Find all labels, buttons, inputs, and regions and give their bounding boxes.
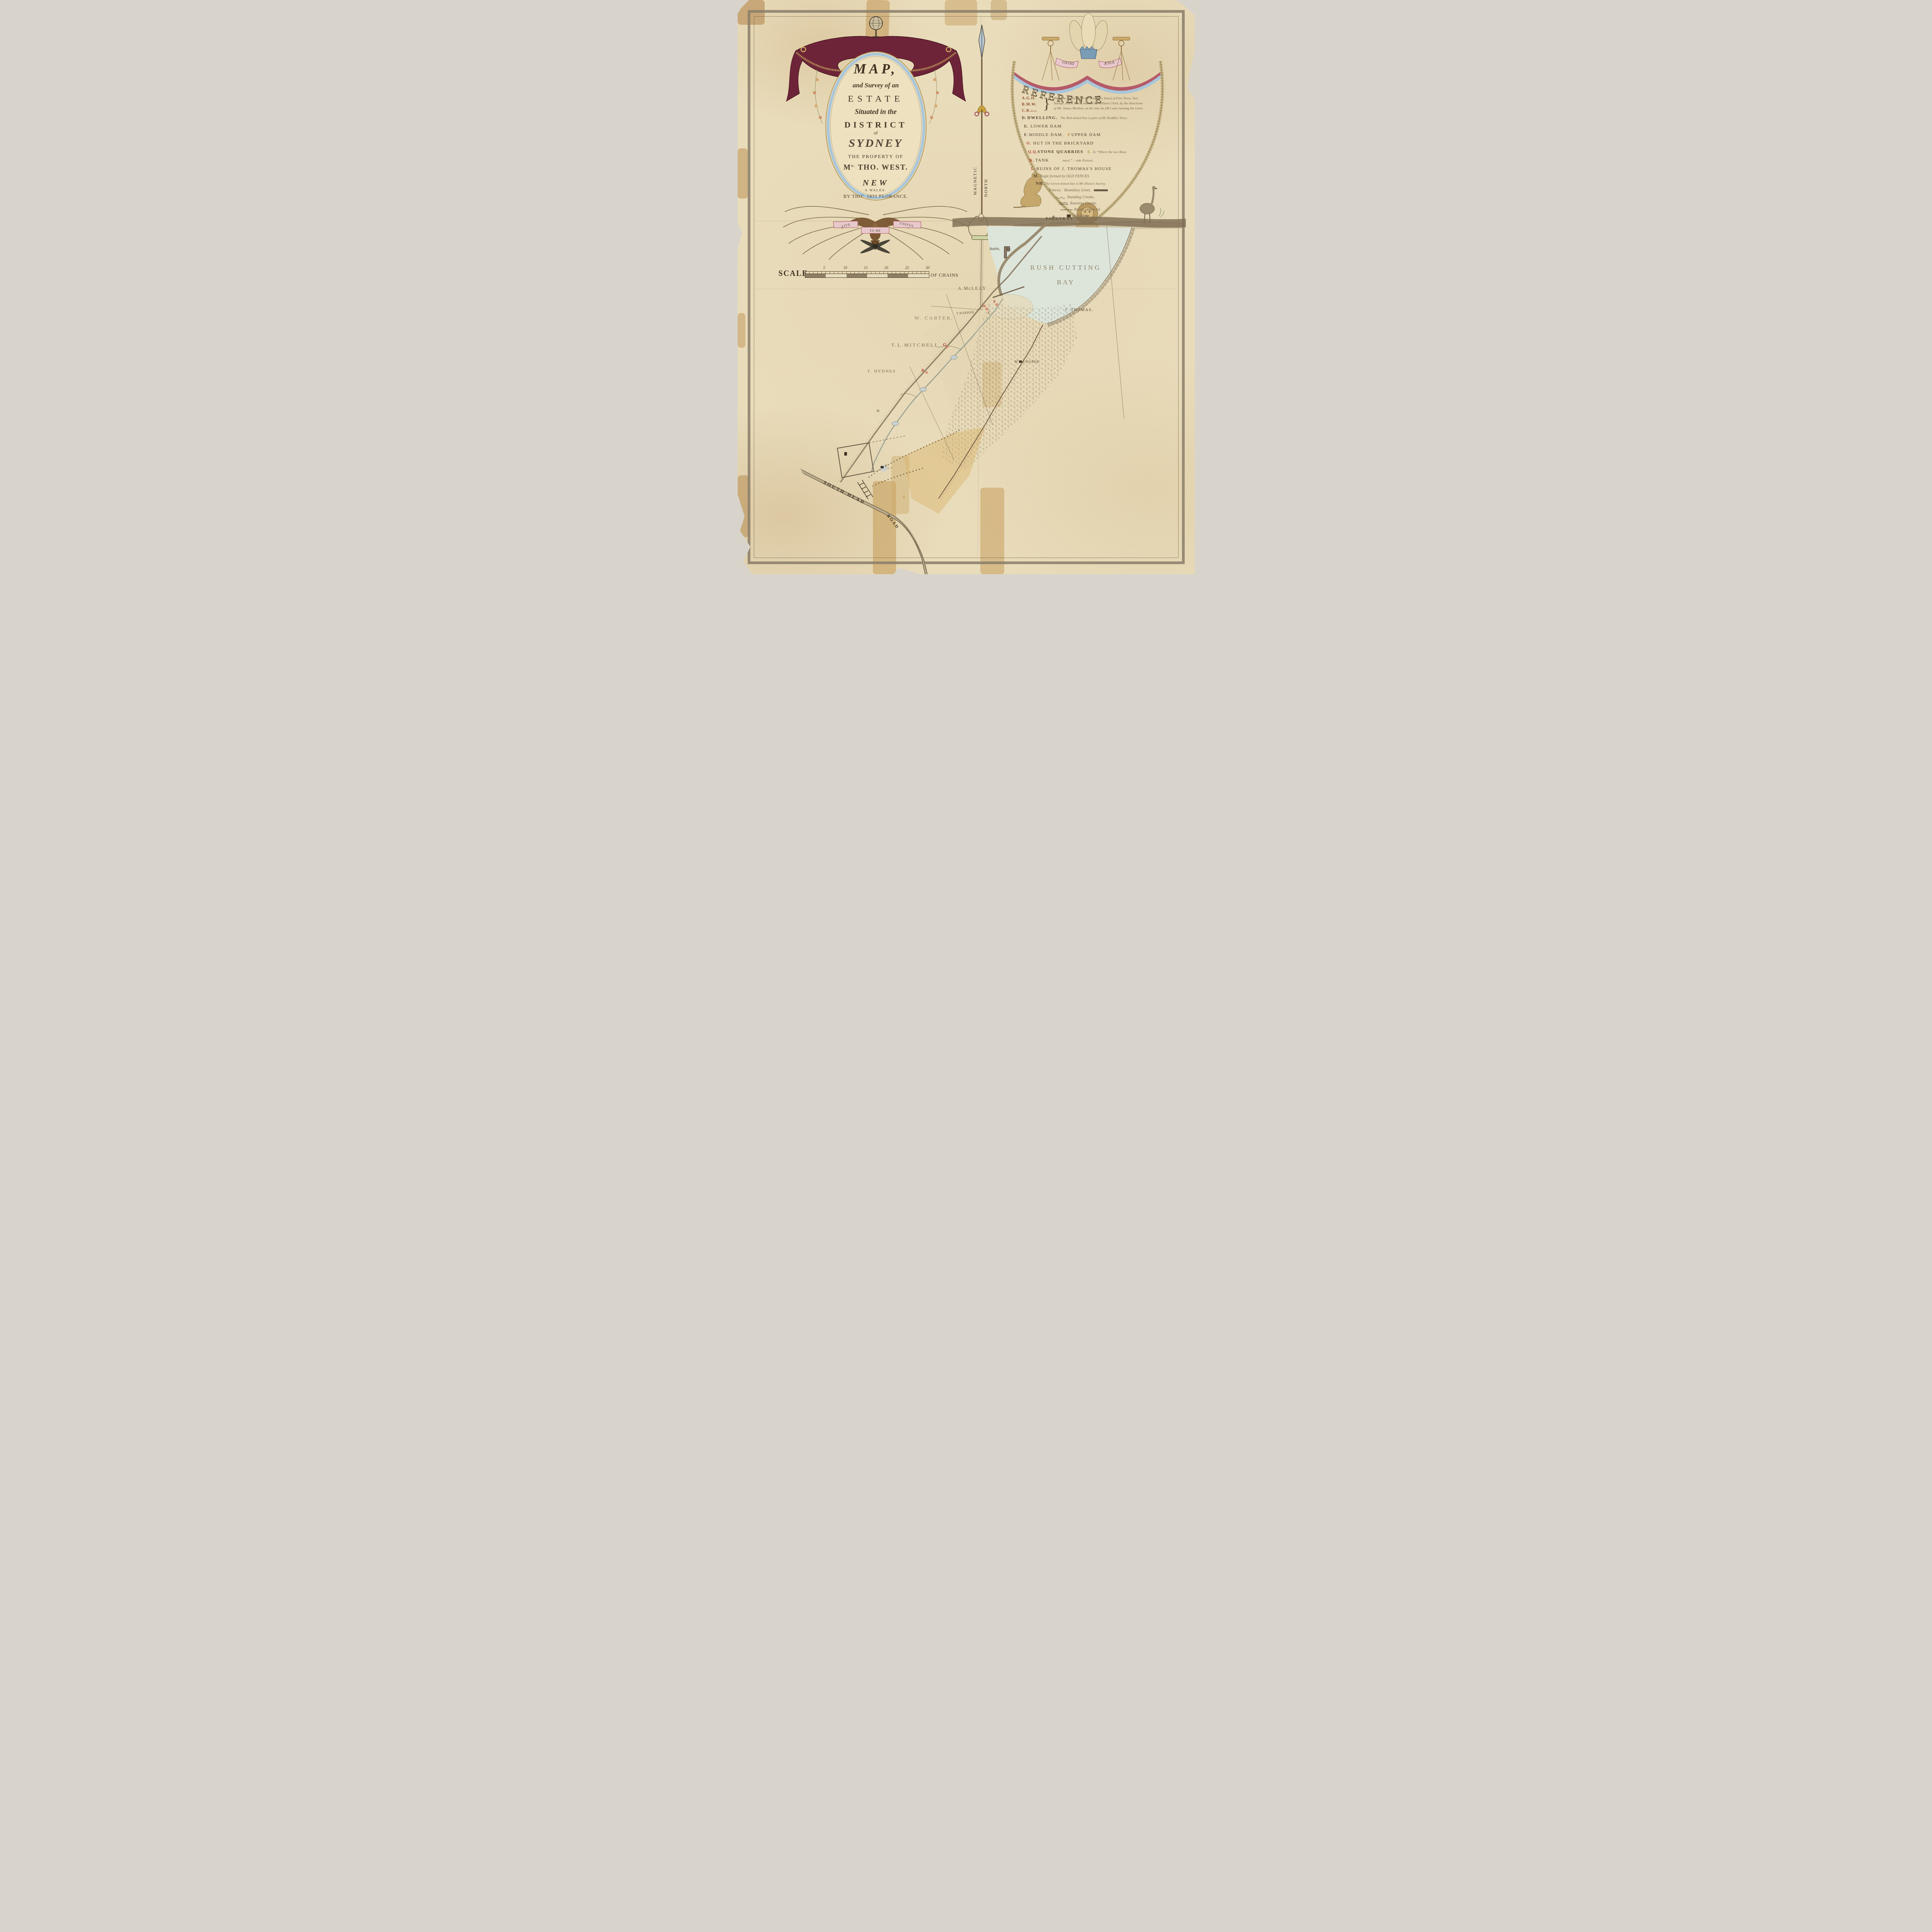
point-letter-b: B bbox=[993, 300, 996, 303]
label-paddys-pt: PADDYS PT. bbox=[1046, 217, 1075, 221]
legend-dwelling: D. DWELLING. The Red dotted line is part… bbox=[1022, 116, 1128, 120]
legend-quarries: Q.Q.STONE QUARRIES S. Is “Where the two … bbox=[1028, 150, 1126, 154]
label-mitchell: T.L.MITCHELL bbox=[891, 342, 939, 347]
road-symbol bbox=[1061, 209, 1072, 210]
point-letter-s: S bbox=[903, 495, 905, 499]
theodolite-icon bbox=[1113, 37, 1130, 80]
title-situated: Situated in the bbox=[830, 108, 922, 115]
scale-label: SCALE bbox=[779, 270, 808, 277]
label-cooper: Rd COOPER bbox=[1015, 360, 1039, 364]
label-bay-line1: RUSH CUTTING bbox=[1008, 264, 1124, 271]
scale-tick: 10 bbox=[844, 266, 847, 270]
map-sheet: LIVE TO BE USEFUL MAGNETIC NORTH bbox=[738, 0, 1195, 574]
scale-bar-blocks bbox=[805, 274, 929, 278]
fence-symbol bbox=[1094, 189, 1108, 191]
title-owner: Mr. THO. WEST. bbox=[830, 164, 922, 171]
title-map: MAP, bbox=[830, 62, 922, 76]
label-stable: Stable, &c. bbox=[990, 247, 1012, 251]
legend-lower-dam: E. LOWER DAM bbox=[1024, 124, 1062, 129]
title-new: NEW bbox=[830, 179, 922, 187]
point-letter-m: M bbox=[983, 304, 986, 308]
title-author: BY THOs. 1831 FLORANCE. bbox=[830, 194, 922, 199]
title-property: THE PROPERTY OF bbox=[830, 154, 922, 159]
label-mitchell-mark: G bbox=[943, 342, 947, 347]
banner-tobe: TO BE bbox=[869, 229, 881, 233]
legend-running-creeks: Running Creeks. bbox=[1058, 202, 1097, 206]
emu-icon bbox=[1140, 186, 1164, 224]
legend-angle: M. Angle formed by OLD FENCES bbox=[1034, 175, 1089, 179]
title-estate: ESTATE bbox=[830, 94, 922, 104]
standing-creek-symbol bbox=[1055, 196, 1065, 199]
label-bay-line2: BAY bbox=[1008, 279, 1124, 286]
legend-middle-upper-dam: F. MIDDLE DAM. P UPPER DAM bbox=[1024, 133, 1101, 137]
title-sydney: SYDNEY bbox=[830, 138, 922, 149]
label-thomas: J. THOMAS. bbox=[1065, 308, 1094, 312]
legend-nb: NB. The Green dotted line is Mr Dixon's … bbox=[1036, 182, 1106, 186]
legend-roads: Roads unfenced. bbox=[1061, 208, 1101, 212]
scale-tick: 30 bbox=[926, 266, 930, 270]
cooper-building-icon bbox=[1019, 361, 1022, 363]
label-mcleay: A.McLEAY bbox=[958, 286, 987, 291]
legend-tank: K. TANK meet;” – vide Extract. bbox=[1030, 158, 1094, 163]
legend-group: A.G.H. B.M.W. C.R.Rock } Shew the positi… bbox=[1022, 97, 1143, 113]
point-letter-k: K bbox=[885, 464, 888, 468]
scale-tick: 15 bbox=[864, 266, 868, 270]
label-hydnes-mark: R bbox=[922, 369, 925, 373]
scale-tick: 5 bbox=[823, 266, 825, 270]
legend-fences: Fences. Boundary Lines. bbox=[1049, 189, 1108, 193]
scale-tick: 20 bbox=[884, 266, 888, 270]
label-hydnes: T. HYDNES bbox=[867, 369, 896, 374]
legend-ruins: L. RUINS OF J. THOMAS'S HOUSE bbox=[1031, 167, 1112, 171]
title-survey: and Survey of an bbox=[830, 82, 922, 88]
north-label: NORTH bbox=[984, 179, 988, 197]
brace: } bbox=[1043, 97, 1050, 111]
label-carter: W. CARTER. bbox=[915, 315, 954, 320]
running-creek-symbol bbox=[1058, 202, 1068, 206]
reference-crest: GEOD ÆSIA bbox=[1055, 13, 1122, 68]
point-letter-m2: M bbox=[877, 410, 879, 413]
title-swales: S.WALES. bbox=[830, 189, 922, 192]
scale-tick: 25 bbox=[905, 266, 909, 270]
title-district: DISTRICT bbox=[830, 121, 922, 129]
legend-hut: O. HUT IN THE BRICKYARD bbox=[1027, 141, 1094, 146]
south-head-road bbox=[801, 469, 927, 574]
scale-unit-label: OF CHAINS bbox=[931, 273, 959, 277]
title-of: of bbox=[830, 131, 922, 135]
globe-icon bbox=[869, 17, 883, 39]
eagle-icon: LIVE TO BE USEFUL bbox=[832, 216, 922, 255]
magnetic-label: MAGNETIC bbox=[973, 167, 978, 195]
legend-standing-creeks: Standing Creeks. bbox=[1055, 196, 1095, 200]
point-letter-e: E bbox=[988, 311, 990, 315]
